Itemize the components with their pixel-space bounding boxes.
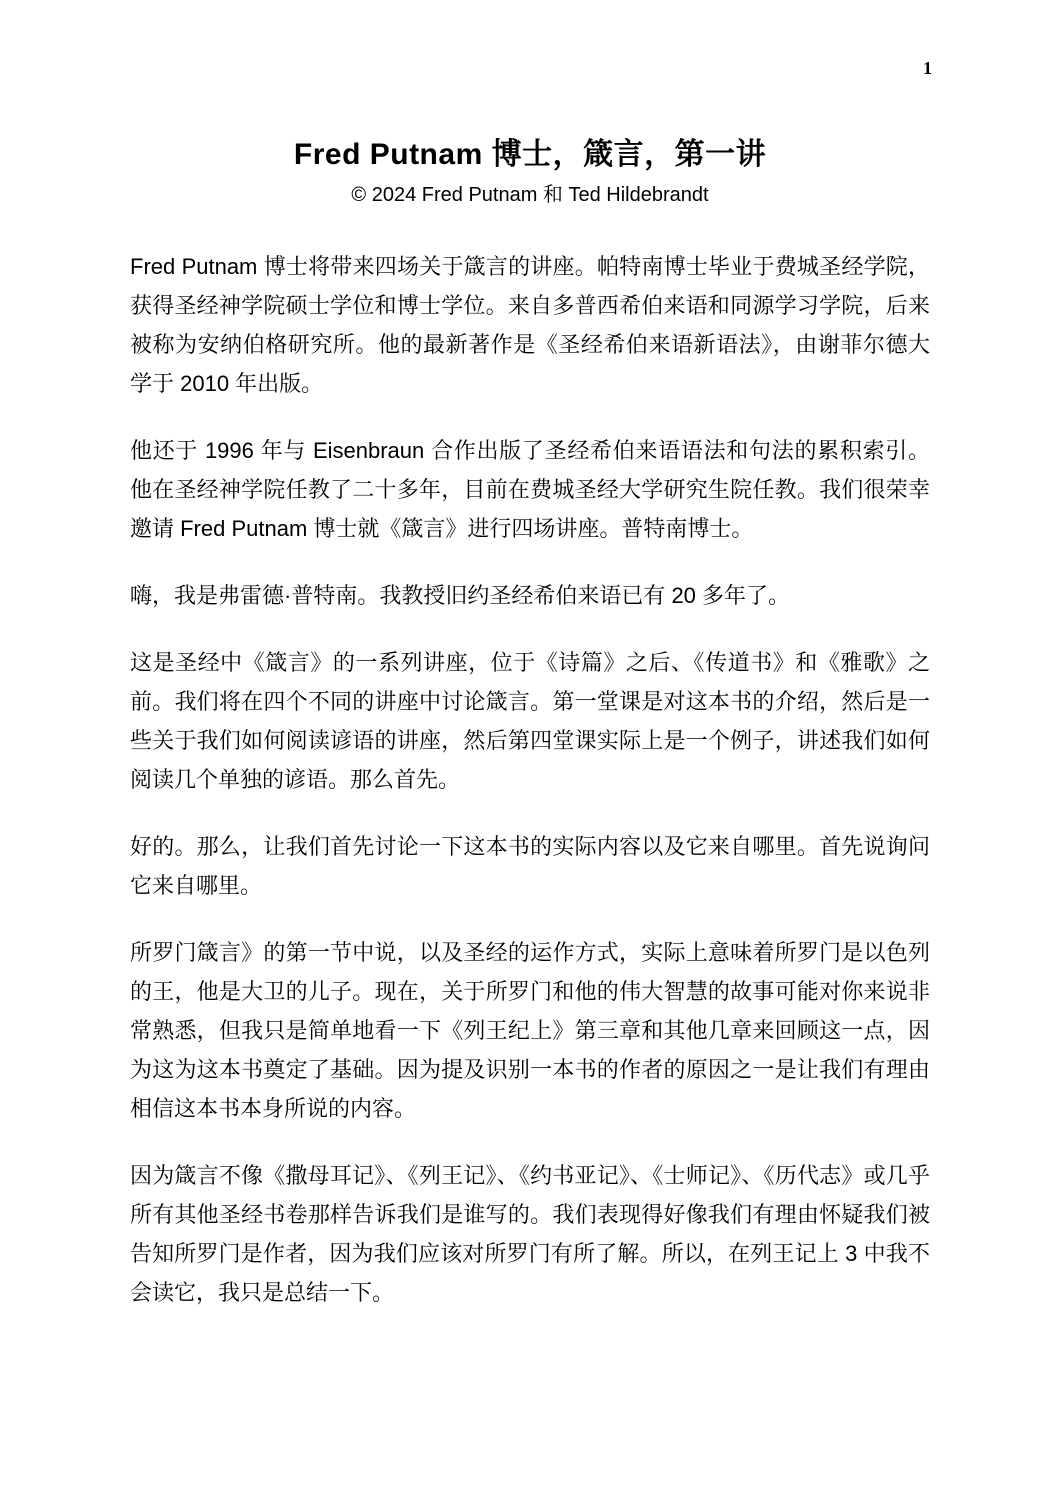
page-content: Fred Putnam 博士，箴言，第一讲 © 2024 Fred Putnam… xyxy=(130,0,930,1340)
paragraph-2: 他还于 1996 年与 Eisenbraun 合作出版了圣经希伯来语语法和句法的… xyxy=(130,431,930,548)
document-page: 1 Fred Putnam 博士，箴言，第一讲 © 2024 Fred Putn… xyxy=(0,0,1058,1497)
paragraph-1: Fred Putnam 博士将带来四场关于箴言的讲座。帕特南博士毕业于费城圣经学… xyxy=(130,247,930,403)
document-body: Fred Putnam 博士将带来四场关于箴言的讲座。帕特南博士毕业于费城圣经学… xyxy=(130,247,930,1312)
paragraph-6: 所罗门箴言》的第一节中说，以及圣经的运作方式，实际上意味着所罗门是以色列的王，他… xyxy=(130,933,930,1128)
paragraph-4: 这是圣经中《箴言》的一系列讲座，位于《诗篇》之后、《传道书》和《雅歌》之前。我们… xyxy=(130,643,930,799)
paragraph-7: 因为箴言不像《撒母耳记》、《列王记》、《约书亚记》、《士师记》、《历代志》或几乎… xyxy=(130,1156,930,1312)
paragraph-3: 嗨，我是弗雷德·普特南。我教授旧约圣经希伯来语已有 20 多年了。 xyxy=(130,576,930,615)
copyright-line: © 2024 Fred Putnam 和 Ted Hildebrandt xyxy=(130,181,930,209)
document-title: Fred Putnam 博士，箴言，第一讲 xyxy=(130,132,930,178)
paragraph-5: 好的。那么，让我们首先讨论一下这本书的实际内容以及它来自哪里。首先说询问它来自哪… xyxy=(130,827,930,905)
